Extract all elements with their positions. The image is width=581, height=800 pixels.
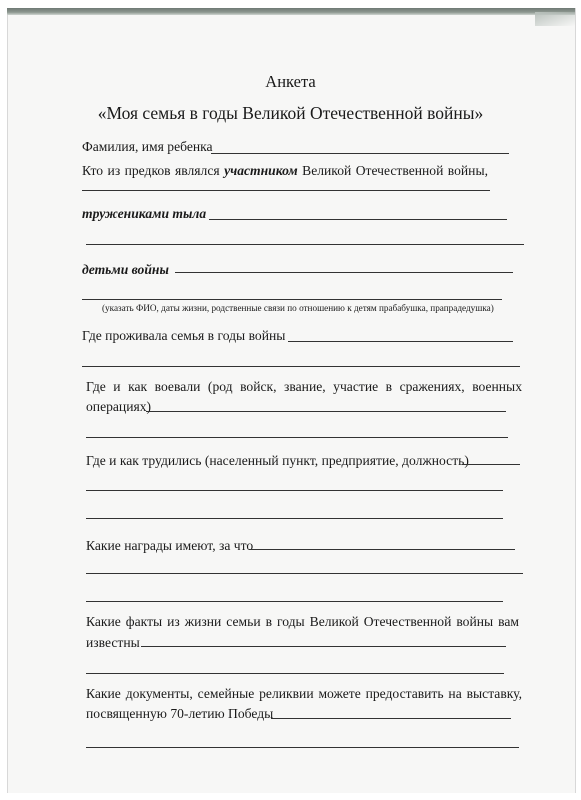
combat-field[interactable] [146,411,506,412]
documents-field[interactable] [271,718,511,719]
home-front-field[interactable] [209,219,507,220]
scan-edge-shadow [7,8,575,15]
combat-label-line1: Где и как воевали (род войск, звание, уч… [86,379,522,395]
combat-label-line2: операциях) [86,399,151,415]
work-label: Где и как трудились (населенный пункт, п… [86,453,469,469]
awards-field[interactable] [249,549,515,550]
facts-label-line1: Какие факты из жизни семьи в годы Велико… [86,614,519,630]
ancestors-note: (указать ФИО, даты жизни, родственные св… [102,303,494,313]
work-field-2[interactable] [86,490,503,491]
home-front-field-2[interactable] [86,244,524,245]
war-children-label: детьми войны [82,262,169,278]
ancestors-prefix: Кто из предков являлся [82,163,224,178]
ancestors-question: Кто из предков являлся участником Велико… [82,163,488,179]
form-subtitle: «Моя семья в годы Великой Отечественной … [0,103,581,124]
war-children-field[interactable] [175,272,513,273]
residence-label: Где проживала семья в годы войны [82,328,285,344]
work-field[interactable] [462,464,520,465]
ancestors-emphasis: участником [224,163,298,178]
documents-field-2[interactable] [86,747,519,748]
participant-field[interactable] [82,190,490,191]
work-field-3[interactable] [86,518,503,519]
facts-field[interactable] [141,646,506,647]
form-heading: Анкета [0,72,581,92]
documents-label-line1: Какие документы, семейные реликвии может… [86,686,522,702]
facts-label-line2: известны [86,635,140,651]
awards-field-2[interactable] [86,573,523,574]
combat-field-2[interactable] [86,437,508,438]
awards-field-3[interactable] [86,601,503,602]
residence-field-2[interactable] [82,366,520,367]
child-name-label: Фамилия, имя ребенка [82,139,213,155]
awards-label: Какие награды имеют, за что [86,538,253,554]
child-name-field[interactable] [211,153,509,154]
ancestors-suffix: Великой Отечественной войны, [298,163,488,178]
war-children-field-2[interactable] [82,299,502,300]
residence-field[interactable] [288,341,513,342]
facts-field-2[interactable] [86,673,504,674]
home-front-label: тружениками тыла [82,206,206,222]
documents-label-line2: посвященную 70-летию Победы [86,706,273,722]
